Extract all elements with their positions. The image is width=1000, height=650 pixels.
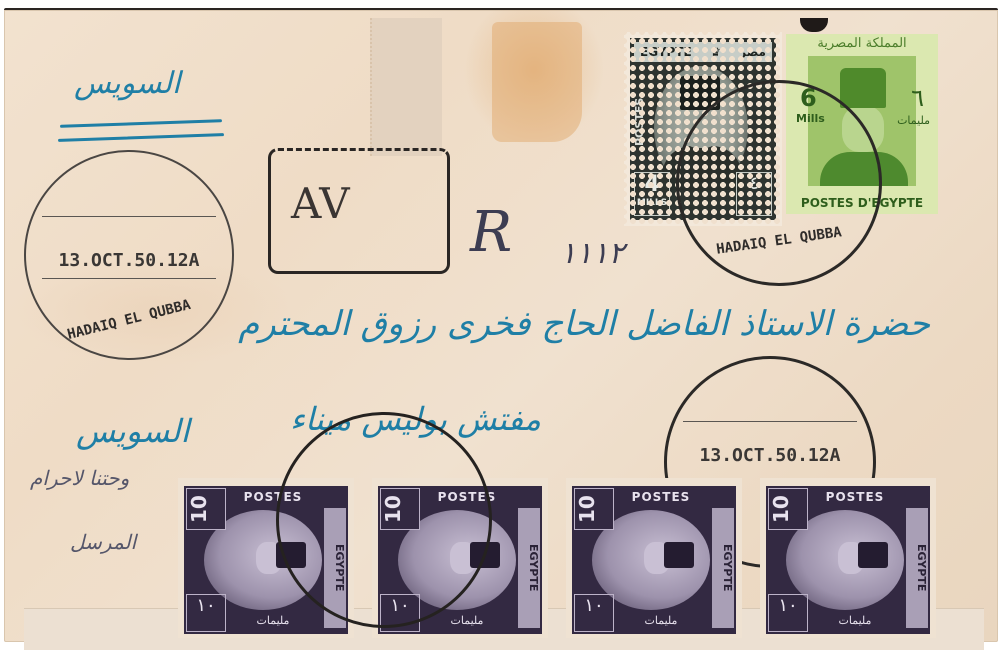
stamp-value-arabic: ١٠: [768, 594, 808, 632]
postmark-date: 13.OCT.50.12A: [26, 250, 232, 271]
stamp-label: POSTES: [616, 490, 706, 506]
address-line-3: السويس: [76, 412, 189, 450]
box-handstamp-text: AV: [291, 179, 350, 228]
stamp-header-arabic: المملكة المصرية: [786, 36, 938, 51]
postmark-rule: [42, 216, 215, 217]
postmark-town: HADAIQ EL QUBBA: [679, 219, 879, 263]
stamp-header: EGYPTE ♛ مصر: [634, 42, 772, 62]
stamp-value: 10: [574, 488, 614, 530]
stamp-10-mills: POSTES 10 EGYPTE ١٠ مليمات: [566, 478, 742, 638]
stamp-value-arabic: ١٠: [574, 594, 614, 632]
pencil-note-1: وحتنا لاحرام: [30, 466, 129, 490]
postmark-left: 13.OCT.50.12A HADAIQ EL QUBBA: [24, 150, 234, 360]
stamp-value: 10: [186, 488, 226, 530]
registration-number: ١١١٢: [560, 236, 624, 271]
stamp-label: POSTES: [810, 490, 900, 506]
stamp-country: EGYPTE: [640, 45, 692, 59]
stamp-unit-arabic: مليمات: [228, 614, 318, 630]
stamp-unit-arabic: مليمات: [616, 614, 706, 630]
stamp-country: EGYPTE: [518, 508, 540, 628]
postmark-date: 13.OCT.50.12A: [667, 445, 873, 466]
stamp-10-mills: POSTES 10 EGYPTE ١٠ مليمات: [760, 478, 936, 638]
stamp-side-label: POSTES: [633, 74, 649, 170]
crown-icon: ♛: [710, 45, 721, 59]
torn-notch: [800, 18, 828, 32]
address-line-1: حضرة الاستاذ الفاضل الحاج فخرى رزوق المح…: [238, 304, 930, 344]
stamp-unit-arabic: مليمات: [810, 614, 900, 630]
pencil-note-2: المرسل: [70, 530, 136, 554]
registration-letter: R: [470, 200, 512, 265]
paper-stain: [492, 22, 582, 142]
postmark-rule: [683, 421, 856, 422]
handwritten-city: السويس: [74, 66, 180, 101]
value-number: 4: [644, 172, 659, 197]
portrait-fez: [664, 542, 694, 568]
postmark-upper-right: HADAIQ EL QUBBA: [676, 80, 882, 286]
portrait-fez: [840, 68, 886, 108]
box-handstamp: AV: [268, 148, 450, 274]
postmark-lower-center: [276, 412, 492, 628]
value-unit: MILLS: [635, 197, 669, 209]
postmark-rule: [42, 278, 215, 279]
stamp-country: EGYPTE: [712, 508, 734, 628]
portrait-fez: [858, 542, 888, 568]
stamp-value-arabic: ٦: [911, 84, 924, 112]
stamp-value: 10: [768, 488, 808, 530]
stamp-value-arabic: ١٠: [186, 594, 226, 632]
stamp-remnant: [370, 18, 442, 156]
stamp-unit-arabic: مليمات: [422, 614, 512, 630]
stamp-country: EGYPTE: [906, 508, 928, 628]
stamp-country-arabic: مصر: [739, 45, 766, 59]
stamp-value: 4 MILLS: [634, 172, 670, 216]
stamp-unit-arabic: مليمات: [897, 114, 930, 127]
